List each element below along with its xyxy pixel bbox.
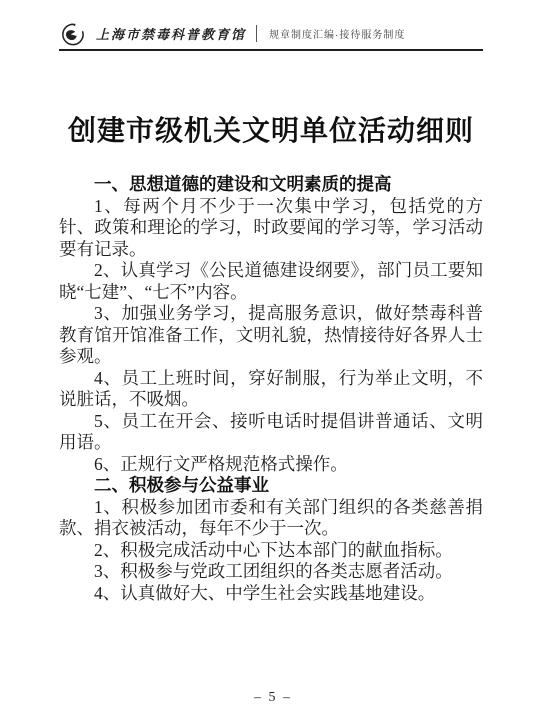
section-2-item-1: 1、积极参加团市委和有关部门组织的各类慈善捐款、捐衣被活动，每年不少于一次。 bbox=[59, 497, 483, 540]
page-number: – 5 – bbox=[254, 690, 292, 705]
section-2-item-4: 4、认真做好大、中学生社会实践基地建设。 bbox=[59, 583, 483, 605]
section-1-item-2: 2、认真学习《公民道德建设纲要》，部门员工要知晓“七建”、“七不”内容。 bbox=[59, 260, 483, 303]
section-1-item-3: 3、加强业务学习，提高服务意识，做好禁毒科普教育馆开馆准备工作，文明礼貌，热情接… bbox=[59, 303, 483, 368]
document-body: 一、思想道德的建设和文明素质的提高 1、每两个月不少于一次集中学习，包括党的方针… bbox=[59, 174, 483, 604]
header-divider bbox=[256, 25, 257, 42]
page-footer: – 5 – bbox=[0, 690, 546, 706]
document-page: 上海市禁毒科普教育馆 规章制度汇编·接待服务制度 创建市级机关文明单位活动细则 … bbox=[0, 0, 546, 727]
section-2-heading: 二、积极参与公益事业 bbox=[59, 475, 483, 497]
dove-circle-logo-icon bbox=[59, 20, 87, 47]
section-1-item-1: 1、每两个月不少于一次集中学习，包括党的方针、政策和理论的学习，时政要闻的学习等… bbox=[59, 196, 483, 261]
section-1-heading: 一、思想道德的建设和文明素质的提高 bbox=[59, 174, 483, 196]
page-title: 创建市级机关文明单位活动细则 bbox=[59, 113, 483, 151]
section-2-item-3: 3、积极参与党政工团组织的各类志愿者活动。 bbox=[59, 561, 483, 583]
header-subtitle: 规章制度汇编·接待服务制度 bbox=[269, 26, 405, 41]
header-brand: 上海市禁毒科普教育馆 bbox=[96, 24, 246, 43]
header-row: 上海市禁毒科普教育馆 规章制度汇编·接待服务制度 bbox=[59, 20, 483, 46]
section-1-item-6: 6、正规行文严格规范格式操作。 bbox=[59, 454, 483, 476]
section-2-item-2: 2、积极完成活动中心下达本部门的献血指标。 bbox=[59, 540, 483, 562]
page-header: 上海市禁毒科普教育馆 规章制度汇编·接待服务制度 bbox=[59, 20, 483, 51]
header-rule bbox=[59, 49, 483, 51]
section-1-item-5: 5、员工在开会、接听电话时提倡讲普通话、文明用语。 bbox=[59, 411, 483, 454]
section-1-item-4: 4、员工上班时间，穿好制服，行为举止文明，不说脏话，不吸烟。 bbox=[59, 368, 483, 411]
